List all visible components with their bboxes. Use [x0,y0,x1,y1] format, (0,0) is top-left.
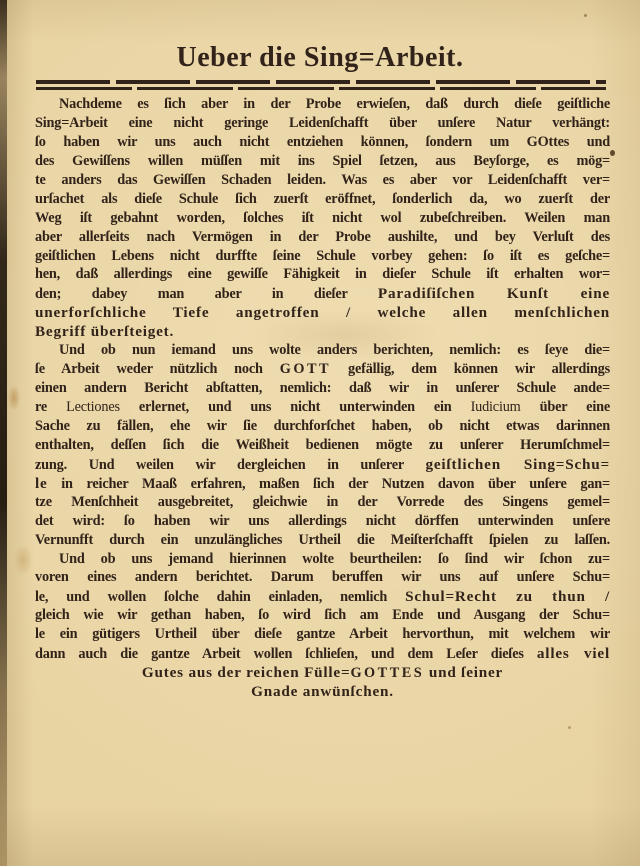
text-segment: te anders das Gewiſſen Schaden leiden. W… [35,172,610,188]
text-segment: Nachdeme es ſich aber in der Probe erwie… [59,96,610,112]
page-heading: Ueber die Sing=Arbeit. [0,42,640,74]
text-line: le in reicher Maaß erfahren, maßen ſich … [35,475,610,494]
text-line: ſo haben wir uns auch nicht entziehen kö… [35,134,610,153]
text-line: Gnade anwünſchen. [35,683,610,702]
text-segment: Und ob nun iemand uns wolte anders beric… [59,342,610,358]
text-segment: GOTTES [350,665,424,681]
text-segment: ſe Arbeit weder nützlich noch [35,361,280,377]
text-segment: unerforſchliche Tiefe angetroffen / welc… [35,304,610,321]
rule-bottom [36,87,606,91]
text-line: Gutes aus der reichen Fülle=GOTTES und ſ… [35,664,610,683]
text-segment: und ſeiner [424,664,503,681]
text-segment: le, und wollen ſolche dahin einladen, ne… [35,589,405,605]
text-segment: Sing=Arbeit eine nicht geringe Leidenſch… [35,115,610,131]
ink-speck [568,726,571,729]
text-segment: tze Menſchheit ausgebreitet, gleichwie i… [35,494,610,510]
text-line: Und ob uns jemand hierinnen wolte beurth… [35,551,610,570]
text-segment: GOTT [280,361,331,377]
text-line: des Gewiſſens willen müſſen mit ins Spie… [35,153,610,172]
binding-edge [0,0,7,866]
ink-speck [610,150,615,156]
text-segment: des Gewiſſens willen müſſen mit ins Spie… [35,153,610,169]
paper-stain [9,538,37,582]
text-segment: Begriff überſteiget. [35,323,174,340]
text-line: voren eines andern berichtet. Darum beru… [35,569,610,588]
text-segment: ſo haben wir uns auch nicht entziehen kö… [35,134,610,150]
text-line: urſachet als dieſe Schule ſich zuerſt er… [35,191,610,210]
text-line: Weg iſt gebahnt worden, ſolches iſt nich… [35,210,610,229]
text-segment: in reicher Maaß erfahren, maßen ſich der… [48,476,610,492]
text-line: Nachdeme es ſich aber in der Probe erwie… [35,96,610,115]
text-segment: Weg iſt gebahnt worden, ſolches iſt nich… [35,210,610,226]
text-segment: über eine [521,399,610,415]
text-line: zung. Und weilen wir dergleichen in unſe… [35,456,610,475]
text-segment: voren eines andern berichtet. Darum beru… [35,569,610,585]
text-line: te anders das Gewiſſen Schaden leiden. W… [35,172,610,191]
text-line: dann auch die gantze Arbeit wollen ſchli… [35,645,610,664]
text-line: le ein gütigers Urtheil über dieſe gantz… [35,626,610,645]
text-segment: le ein gütigers Urtheil über dieſe gantz… [35,626,610,642]
text-segment: dann auch die gantze Arbeit wollen ſchli… [35,646,537,662]
text-segment: Gnade anwünſchen. [251,683,394,700]
text-line: re Lectiones erlernet, und uns nicht unt… [35,399,610,418]
text-line: aber allerſeits nach Vermögen in der Pro… [35,229,610,248]
text-segment: einen andern Bericht abſtatten, nemlich:… [35,380,610,396]
text-segment: aber allerſeits nach Vermögen in der Pro… [35,229,610,245]
text-segment: zung. Und weilen wir dergleichen in unſe… [35,457,426,473]
text-line: geiſtlichen Lebens nicht durffte ſeine S… [35,248,610,267]
text-block: Nachdeme es ſich aber in der Probe erwie… [35,96,610,702]
text-segment: geiſtlichen Sing=Schu= [426,456,611,473]
rule-top [36,80,606,84]
text-line: hen, daß allerdings eine gewiſſe Fähigke… [35,266,610,285]
ink-speck [584,14,587,17]
text-line: enthalten, deſſen ſich die Weißheit bedi… [35,437,610,456]
text-line: Begriff überſteiget. [35,323,610,342]
text-line: den; dabey man aber in dieſer Paradiſiſc… [35,285,610,304]
text-line: Und ob nun iemand uns wolte anders beric… [35,342,610,361]
text-segment: det wird: ſo haben wir uns allerdings ni… [35,513,610,529]
text-segment: hen, daß allerdings eine gewiſſe Fähigke… [35,266,610,282]
text-segment: gleich wie wir gethan haben, ſo wird ſic… [35,607,610,623]
text-segment: Vernunfft durch ein unzulängliches Urthe… [35,532,610,548]
text-segment: Sache zu fällen, ehe wir ſie durchforſch… [35,418,610,434]
text-line: le, und wollen ſolche dahin einladen, ne… [35,588,610,607]
book-page: Ueber die Sing=Arbeit. Nachdeme es ſich … [0,0,640,866]
text-segment: le [35,475,48,492]
text-line: unerforſchliche Tiefe angetroffen / welc… [35,304,610,323]
text-segment: enthalten, deſſen ſich die Weißheit bedi… [35,437,610,453]
text-segment: Gutes aus der reichen Fülle= [142,664,351,681]
text-segment: Lectiones [66,399,120,415]
text-segment: Schul=Recht zu thun / [405,588,610,605]
text-segment: re [35,399,66,415]
text-segment: den; dabey man aber in dieſer [35,286,378,302]
text-line: einen andern Bericht abſtatten, nemlich:… [35,380,610,399]
text-line: Sing=Arbeit eine nicht geringe Leidenſch… [35,115,610,134]
heading-rule [36,80,606,93]
text-segment: urſachet als dieſe Schule ſich zuerſt er… [35,191,610,207]
text-segment: gefällig, dem können wir allerdings [331,361,610,377]
paper-stain [5,380,23,416]
text-line: tze Menſchheit ausgebreitet, gleichwie i… [35,494,610,513]
text-segment: erlernet, und uns nicht unterwinden ein [120,399,471,415]
text-line: gleich wie wir gethan haben, ſo wird ſic… [35,607,610,626]
text-line: Vernunfft durch ein unzulängliches Urthe… [35,532,610,551]
text-segment: Iudicium [471,399,521,415]
text-segment: alles viel [537,645,610,662]
text-line: ſe Arbeit weder nützlich noch GOTT gefäl… [35,361,610,380]
text-segment: geiſtlichen Lebens nicht durffte ſeine S… [35,248,610,264]
text-line: det wird: ſo haben wir uns allerdings ni… [35,513,610,532]
text-segment: Und ob uns jemand hierinnen wolte beurth… [59,551,610,567]
text-line: Sache zu fällen, ehe wir ſie durchforſch… [35,418,610,437]
text-segment: Paradiſiſchen Kunſt eine [378,285,610,302]
